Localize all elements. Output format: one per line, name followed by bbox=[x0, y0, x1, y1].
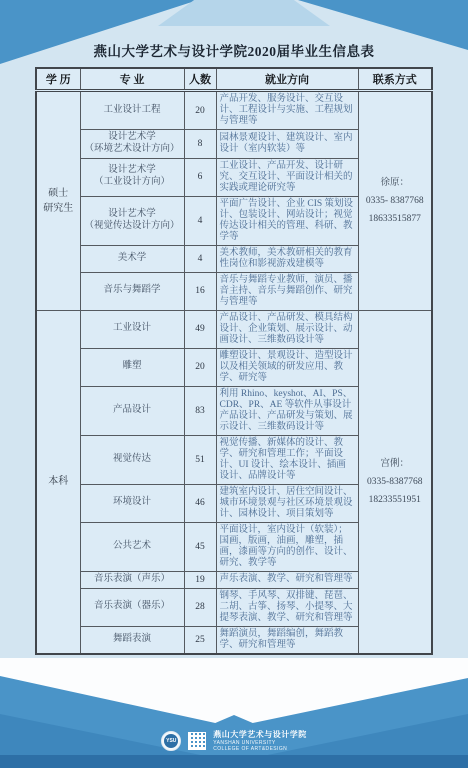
jobs-cell: 建筑室内设计、居住空间设计、城市环境景观与社区环境景观设计、园林设计、项目策划等 bbox=[216, 484, 358, 522]
jobs-cell: 舞蹈演员，舞蹈编创，舞蹈教学、研究和管理等 bbox=[216, 626, 358, 654]
major-cell: 工业设计 bbox=[80, 310, 184, 348]
major-direction: （环境艺术设计方向） bbox=[84, 144, 181, 156]
major-name: 产品设计 bbox=[84, 405, 181, 417]
major-cell: 视觉传达 bbox=[80, 435, 184, 484]
footer-org-name-cn: 燕山大学艺术与设计学院 bbox=[213, 730, 307, 740]
major-cell: 舞蹈表演 bbox=[80, 626, 184, 654]
major-cell: 美术学 bbox=[80, 245, 184, 272]
major-cell: 音乐表演（声乐） bbox=[80, 571, 184, 588]
jobs-cell: 音乐与舞蹈专业教师，演员、播音主持、音乐与舞蹈创作、研究与管理等 bbox=[216, 272, 358, 310]
university-seal-emblem: YSU bbox=[164, 734, 178, 748]
count-cell: 46 bbox=[184, 484, 216, 522]
footer-org-block: 燕山大学艺术与设计学院 YANSHAN UNIVERSITY COLLEGE O… bbox=[213, 730, 307, 752]
major-direction: （视觉传达设计方向） bbox=[84, 221, 181, 233]
major-name: 雕塑 bbox=[84, 361, 181, 373]
major-cell: 音乐表演（器乐） bbox=[80, 588, 184, 626]
header-cell-4: 联系方式 bbox=[358, 68, 432, 91]
major-cell: 设计艺术学（视觉传达设计方向） bbox=[80, 196, 184, 245]
degree-line: 本科 bbox=[40, 474, 77, 489]
university-seal-icon: YSU bbox=[161, 731, 181, 751]
jobs-cell: 园林景观设计、建筑设计、室内设计（室内软装）等 bbox=[216, 130, 358, 159]
header-cell-1: 专 业 bbox=[80, 68, 184, 91]
contact-line: 0335- 8387768 bbox=[362, 192, 429, 210]
jobs-cell: 利用 Rhino、keyshot、AI、PS、CDR、PR、AE 等软件从事设计… bbox=[216, 386, 358, 435]
jobs-cell: 声乐表演、教学、研究和管理等 bbox=[216, 571, 358, 588]
count-cell: 28 bbox=[184, 588, 216, 626]
degree-cell: 硕士研究生 bbox=[36, 91, 80, 311]
count-cell: 4 bbox=[184, 245, 216, 272]
major-cell: 雕塑 bbox=[80, 348, 184, 386]
major-name: 音乐与舞蹈学 bbox=[84, 285, 181, 297]
contact-cell: 宫俐：0335-838776818233551951 bbox=[358, 310, 432, 653]
major-name: 设计艺术学 bbox=[84, 165, 181, 177]
count-cell: 8 bbox=[184, 130, 216, 159]
footer-org-name-en-line2: COLLEGE OF ART&DESIGN bbox=[213, 746, 307, 752]
major-name: 音乐表演（声乐） bbox=[84, 574, 181, 586]
major-name: 环境设计 bbox=[84, 497, 181, 509]
contact-line: 18633515877 bbox=[362, 210, 429, 228]
major-cell: 音乐与舞蹈学 bbox=[80, 272, 184, 310]
contact-cell: 徐原：0335- 838776818633515877 bbox=[358, 91, 432, 311]
major-name: 设计艺术学 bbox=[84, 209, 181, 221]
count-cell: 51 bbox=[184, 435, 216, 484]
jobs-cell: 产品开发、服务设计、交互设计、工程设计与实施、工程规划与管理等 bbox=[216, 91, 358, 130]
table-row: 硕士研究生工业设计工程20产品开发、服务设计、交互设计、工程设计与实施、工程规划… bbox=[36, 91, 432, 130]
major-cell: 工业设计工程 bbox=[80, 91, 184, 130]
table-body: 硕士研究生工业设计工程20产品开发、服务设计、交互设计、工程设计与实施、工程规划… bbox=[36, 91, 432, 654]
graduates-info-table: 学 历专 业人数就业方向联系方式 硕士研究生工业设计工程20产品开发、服务设计、… bbox=[35, 67, 433, 655]
table-header-row: 学 历专 业人数就业方向联系方式 bbox=[36, 68, 432, 91]
header-cell-3: 就业方向 bbox=[216, 68, 358, 91]
major-name: 工业设计 bbox=[84, 323, 181, 335]
jobs-cell: 视觉传播、新媒体的设计、教学、研究和管理工作；平面设计、UI 设计、绘本设计、插… bbox=[216, 435, 358, 484]
major-name: 视觉传达 bbox=[84, 454, 181, 466]
major-name: 工业设计工程 bbox=[84, 105, 181, 117]
header-cell-0: 学 历 bbox=[36, 68, 80, 91]
contact-line: 徐原： bbox=[362, 174, 429, 192]
count-cell: 49 bbox=[184, 310, 216, 348]
poster-page: 燕山大学艺术与设计学院2020届毕业生信息表 学 历专 业人数就业方向联系方式 … bbox=[0, 0, 468, 768]
jobs-cell: 美术教师，美术教研相关的教育性岗位和影视游戏建模等 bbox=[216, 245, 358, 272]
count-cell: 25 bbox=[184, 626, 216, 654]
qr-code-icon bbox=[188, 732, 206, 750]
major-cell: 设计艺术学（环境艺术设计方向） bbox=[80, 130, 184, 159]
count-cell: 45 bbox=[184, 522, 216, 571]
count-cell: 6 bbox=[184, 158, 216, 196]
table-row: 本科工业设计49产品设计、产品研发、模具结构设计、企业策划、展示设计、动画设计、… bbox=[36, 310, 432, 348]
major-direction: （工业设计方向） bbox=[84, 177, 181, 189]
degree-line: 硕士 bbox=[40, 186, 77, 201]
contact-line: 0335-8387768 bbox=[362, 473, 429, 491]
count-cell: 4 bbox=[184, 196, 216, 245]
major-name: 公共艺术 bbox=[84, 541, 181, 553]
contact-line: 18233551951 bbox=[362, 491, 429, 509]
major-cell: 设计艺术学（工业设计方向） bbox=[80, 158, 184, 196]
jobs-cell: 产品设计、产品研发、模具结构设计、企业策划、展示设计、动画设计、三维数码设计等 bbox=[216, 310, 358, 348]
jobs-cell: 平面广告设计、企业 CIS 策划设计、包装设计、网站设计；视觉传达设计相关的管理… bbox=[216, 196, 358, 245]
count-cell: 19 bbox=[184, 571, 216, 588]
major-name: 音乐表演（器乐） bbox=[84, 601, 181, 613]
jobs-cell: 平面设计，室内设计（软装）；国画，版画，油画，雕塑，插画，漆画等方向的创作、设计… bbox=[216, 522, 358, 571]
major-name: 美术学 bbox=[84, 253, 181, 265]
header-cell-2: 人数 bbox=[184, 68, 216, 91]
degree-cell: 本科 bbox=[36, 310, 80, 653]
count-cell: 16 bbox=[184, 272, 216, 310]
count-cell: 83 bbox=[184, 386, 216, 435]
jobs-cell: 钢琴、手风琴、双排键、琵琶、二胡、古筝、扬琴、小提琴、大提琴表演、教学、研究和管… bbox=[216, 588, 358, 626]
major-cell: 公共艺术 bbox=[80, 522, 184, 571]
major-name: 舞蹈表演 bbox=[84, 634, 181, 646]
count-cell: 20 bbox=[184, 348, 216, 386]
jobs-cell: 雕塑设计、景观设计、造型设计以及相关领域的研发应用、教学、研究等 bbox=[216, 348, 358, 386]
major-cell: 环境设计 bbox=[80, 484, 184, 522]
page-title: 燕山大学艺术与设计学院2020届毕业生信息表 bbox=[0, 0, 468, 60]
contact-line: 宫俐： bbox=[362, 455, 429, 473]
degree-line: 研究生 bbox=[40, 201, 77, 216]
jobs-cell: 工业设计、产品开发、设计研究、交互设计、平面设计相关的实践或理论研究等 bbox=[216, 158, 358, 196]
major-cell: 产品设计 bbox=[80, 386, 184, 435]
table-header: 学 历专 业人数就业方向联系方式 bbox=[36, 68, 432, 91]
count-cell: 20 bbox=[184, 91, 216, 130]
footer-logo-row: YSU 燕山大学艺术与设计学院 YANSHAN UNIVERSITY COLLE… bbox=[0, 730, 468, 752]
major-name: 设计艺术学 bbox=[84, 132, 181, 144]
